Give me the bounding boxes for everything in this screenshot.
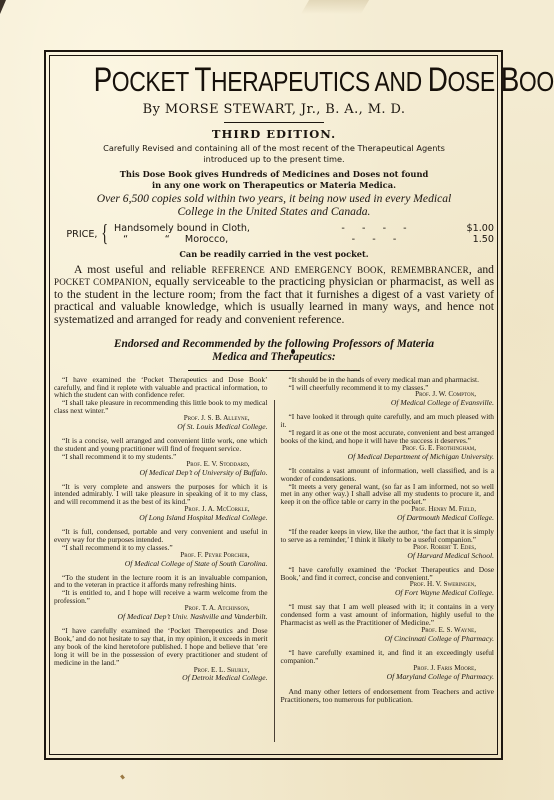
hundreds-line: This Dose Book gives Hundreds of Medicin… [54,169,494,180]
revised-line: introduced up to the present time. [54,154,494,165]
testimonial: “To the student in the lecture room it i… [54,574,268,621]
institution-name: Of Cincinnati College of Pharmacy. [281,635,495,643]
title-cap: D [428,61,448,99]
price-description: “ “ Morocco, [114,234,300,245]
testimonial-quote: “If the reader keeps in view, like the a… [281,528,495,544]
testimonial: “I have carefully examined it, and find … [281,649,495,681]
institution-name: Of Dartmouth Medical College. [281,514,495,522]
testimonial-quote: “I must say that I am well pleased with … [281,603,495,627]
price-list: PRICE, { Handsomely bound in Cloth, - - … [54,221,494,247]
hundreds-line: in any one work on Therapeutics or Mater… [54,180,494,191]
description-text: , and [469,263,494,276]
vest-pocket-notice: Can be readily carried in the vest pocke… [54,249,494,259]
torn-corner [0,0,6,14]
copies-sold-notice: Over 6,500 copies sold within two years,… [54,192,494,218]
testimonial-quote: “It is a concise, well arranged and conv… [54,437,268,453]
testimonials: “I have examined the ‘Pocket Therapeutic… [54,376,494,742]
title-cap: B [501,61,519,99]
price-label: PRICE, [54,229,97,240]
sold-line: College in the United States and Canada. [54,205,494,218]
testimonials-left-column: “I have examined the ‘Pocket Therapeutic… [54,376,274,742]
institution-name: Of St. Louis Medical College. [54,423,268,431]
price-row-morocco: “ “ Morocco, - - - 1.50 [114,234,494,245]
endorsement-heading-line: Medica and Therapeutics: [54,351,494,365]
testimonial-quote: “It is full, condensed, portable and ver… [54,528,268,544]
paper-speck [120,775,125,780]
testimonial: “If the reader keeps in view, like the a… [281,528,495,560]
testimonial: “It contains a vast amount of informatio… [281,467,495,522]
advertisement-content: POCKET THERAPEUTICS AND DOSE BOOK. By MO… [54,58,494,742]
price-description: Handsomely bound in Cloth, [114,223,300,234]
title-cap: T [194,61,211,99]
description-smallcaps: REFERENCE AND EMERGENCY BOOK, REMEMBRANC… [212,265,469,275]
paper-fold [301,0,369,14]
divider-rule [188,370,360,371]
title-rest: OCKET [112,66,195,97]
sold-line: Over 6,500 copies sold within two years,… [54,192,494,205]
author-line: By MORSE STEWART, Jr., B. A., M. D. [54,102,494,117]
title-rest: OOK. [519,66,554,97]
description-smallcaps: POCKET COMPANION [54,277,149,287]
testimonial: “I must say that I am well pleased with … [281,603,495,643]
divider-rule [224,122,324,123]
testimonial: “I have carefully examined the ‘Pocket T… [281,566,495,598]
testimonial-quote: “It meets a very general want, (so far a… [281,483,495,507]
testimonial: “I have looked it through quite carefull… [281,413,495,460]
testimonial-quote: “It is entitled to, and I hope will rece… [54,589,268,605]
testimonial-quote: “It contains a vast amount of informatio… [281,467,495,483]
institution-name: Of Harvard Medical School. [281,552,495,560]
brace-icon: { [102,222,109,246]
testimonial: “It is a concise, well arranged and conv… [54,437,268,477]
institution-name: Of Medical Dep’t of University of Buffal… [54,469,268,477]
institution-name: Of Medical College of State of South Car… [54,560,268,568]
institution-name: Of Medical Dep’t Univ. Nashville and Van… [54,613,268,621]
price-leader: - - - - [300,223,450,234]
revised-line: Carefully Revised and containing all of … [54,143,494,154]
ink-blot [291,349,295,354]
testimonial-quote: “I regard it as one ot the most accurate… [281,429,495,445]
institution-name: Of Long Island Hospital Medical College. [54,514,268,522]
testimonial-quote: “I have looked it through quite carefull… [281,413,495,429]
edition-label: THIRD EDITION. [54,127,494,141]
testimonial-quote: “I have carefully examined the ‘Pocket T… [281,566,495,582]
testimonial-quote: “I have carefully examined it, and find … [281,649,495,665]
testimonial: “It is full, condensed, portable and ver… [54,528,268,568]
testimonial-quote: “To the student in the lecture room it i… [54,574,268,590]
testimonial: “It is very complete and answers the pur… [54,483,268,523]
title-rest: OSE [447,66,500,97]
book-title: POCKET THERAPEUTICS AND DOSE BOOK. [94,62,455,98]
institution-name: Of Maryland College of Pharmacy. [281,673,495,681]
price-rows: Handsomely bound in Cloth, - - - - $1.00… [114,223,494,245]
price-row-cloth: Handsomely bound in Cloth, - - - - $1.00 [114,223,494,234]
description-paragraph: A most useful and reliable REFERENCE AND… [54,264,494,326]
institution-name: Of Detroit Medical College. [54,674,268,682]
testimonial: “I have carefully examined the ‘Pocket T… [54,627,268,682]
price-amount: $1.00 [450,223,494,234]
title-cap: P [94,61,112,99]
endorsement-heading: Endorsed and Recommended by the followin… [54,338,494,365]
price-amount: 1.50 [450,234,494,245]
institution-name: Of Fort Wayne Medical College. [281,589,495,597]
testimonial-quote: “I have examined the ‘Pocket Therapeutic… [54,376,268,400]
price-leader: - - - [300,234,450,245]
description-text: A most useful and reliable [74,263,212,276]
testimonial-quote: “It is very complete and answers the pur… [54,483,268,507]
institution-name: Of Medical College of Evansville. [281,399,495,407]
testimonial-quote: “I shall take pleasure in recommending t… [54,399,268,415]
hundreds-notice: This Dose Book gives Hundreds of Medicin… [54,169,494,190]
revised-notice: Carefully Revised and containing all of … [54,143,494,165]
testimonial: “It should be in the hands of every medi… [281,376,495,408]
title-rest: HERAPEUTICS AND [211,66,428,97]
testimonials-right-column: “It should be in the hands of every medi… [275,376,495,742]
testimonial-quote: “I have carefully examined the ‘Pocket T… [54,627,268,667]
closing-note: And many other letters of endorsement fr… [281,688,495,704]
testimonial: “I have examined the ‘Pocket Therapeutic… [54,376,268,431]
endorsement-heading-line: Endorsed and Recommended by the followin… [54,338,494,352]
institution-name: Of Medical Department of Michigan Univer… [281,453,495,461]
